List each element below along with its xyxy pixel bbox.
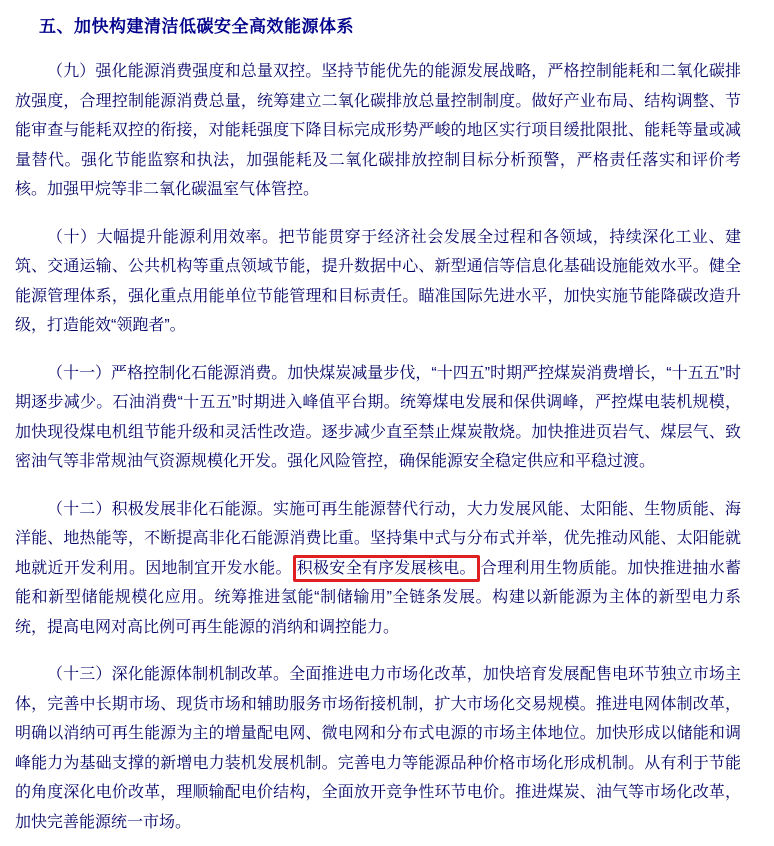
paragraph: （十三）深化能源体制机制改革。全面推进电力市场化改革，加快培育发展配售电环节独立… <box>15 660 741 837</box>
document-body: 五、加快构建清洁低碳安全高效能源体系 （九）强化能源消费强度和总量双控。坚持节能… <box>0 0 774 837</box>
paragraph-text: （十一）严格控制化石能源消费。加快煤炭减量步伐，“十四五”时期严控煤炭消费增长，… <box>15 365 741 471</box>
paragraph: （十一）严格控制化石能源消费。加快煤炭减量步伐，“十四五”时期严控煤炭消费增长，… <box>15 359 741 477</box>
paragraph-text: （十）大幅提升能源利用效率。把节能贯穿于经济社会发展全过程和各领域，持续深化工业… <box>15 229 741 335</box>
paragraph: （十二）积极发展非化石能源。实施可再生能源替代行动，大力发展风能、太阳能、生物质… <box>15 495 741 643</box>
paragraph-text: （十三）深化能源体制机制改革。全面推进电力市场化改革，加快培育发展配售电环节独立… <box>15 666 741 831</box>
paragraph: （九）强化能源消费强度和总量双控。坚持节能优先的能源发展战略，严格控制能耗和二氧… <box>15 57 741 205</box>
paragraph: （十）大幅提升能源利用效率。把节能贯穿于经济社会发展全过程和各领域，持续深化工业… <box>15 223 741 341</box>
section-heading: 五、加快构建清洁低碳安全高效能源体系 <box>39 14 741 40</box>
highlight-red-box: 积极安全有序发展核电。 <box>293 555 480 582</box>
paragraph-text: （九）强化能源消费强度和总量双控。坚持节能优先的能源发展战略，严格控制能耗和二氧… <box>15 63 741 198</box>
paragraph-list: （九）强化能源消费强度和总量双控。坚持节能优先的能源发展战略，严格控制能耗和二氧… <box>15 57 741 837</box>
